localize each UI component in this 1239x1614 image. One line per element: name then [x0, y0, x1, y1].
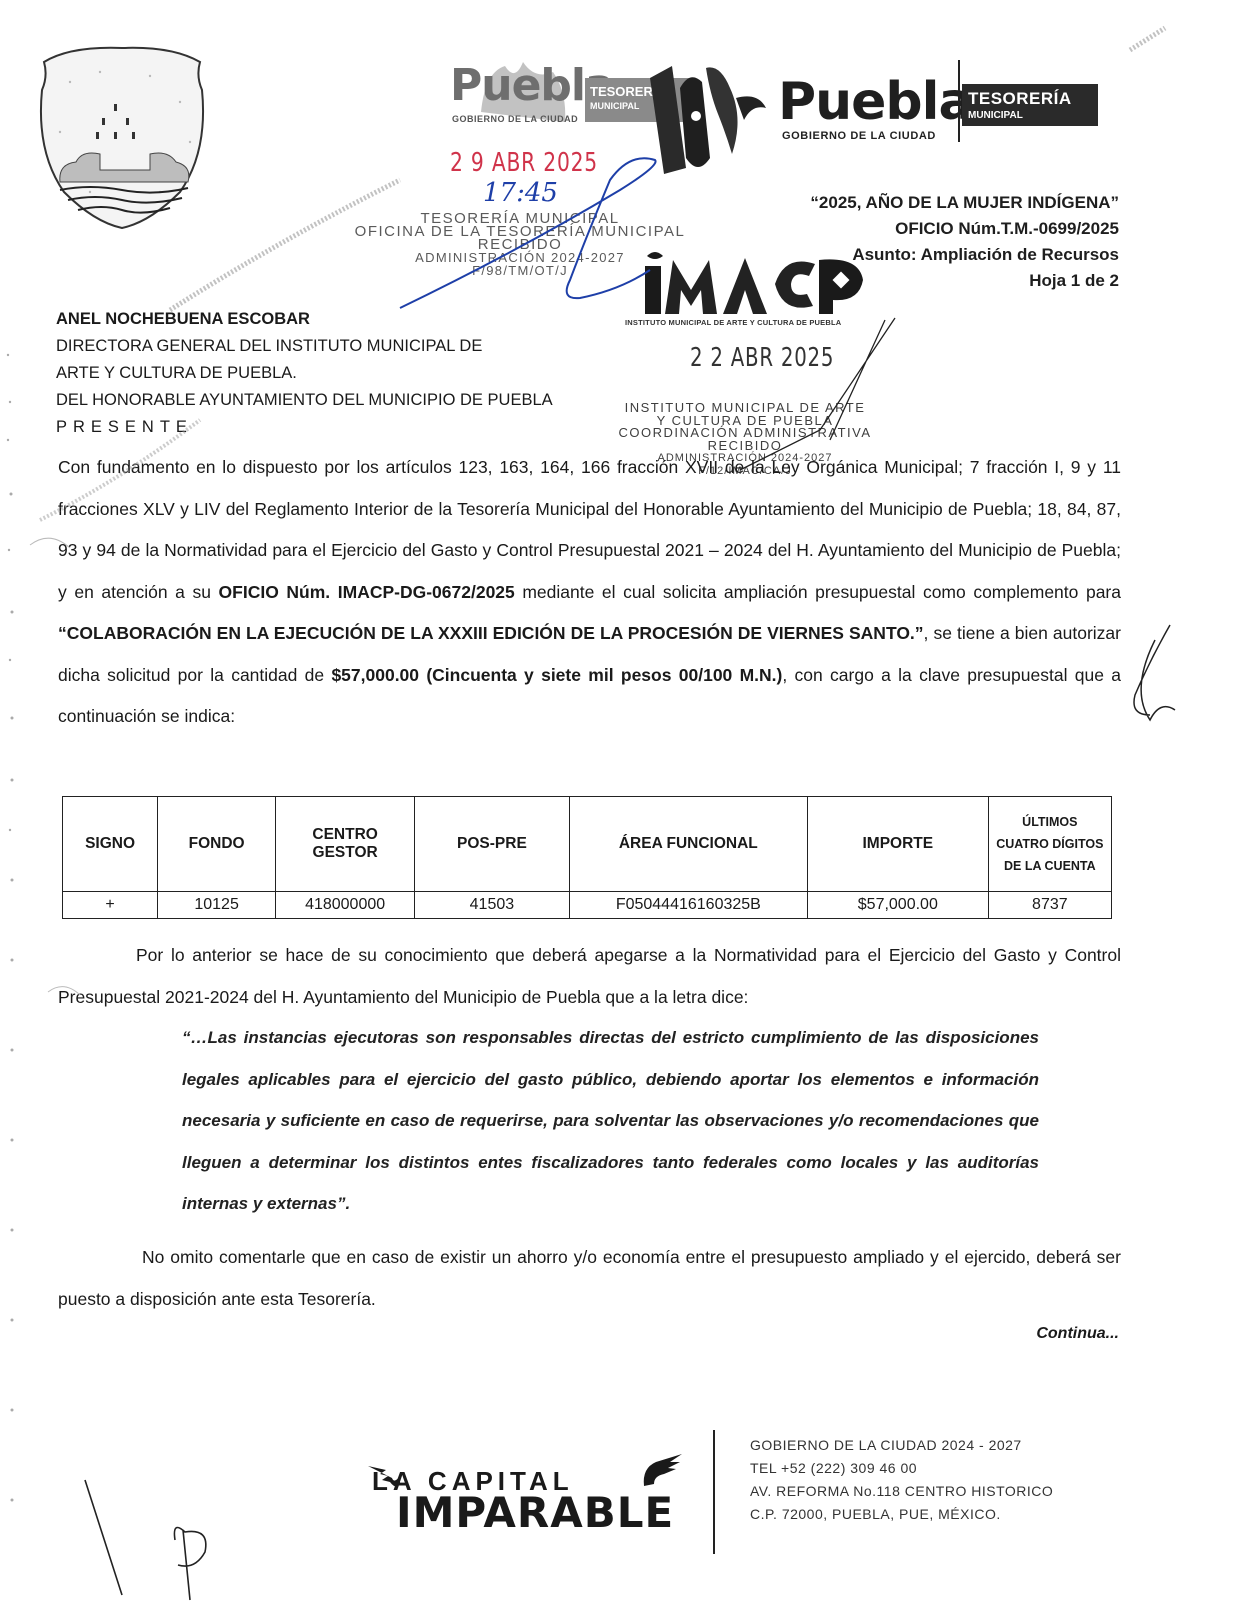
col-header-area-funcional: ÁREA FUNCIONAL	[569, 797, 807, 892]
corner-streak-icon	[1130, 28, 1165, 50]
cell-pos-pre: 41503	[415, 892, 570, 919]
slogan-bottom: IMPARABLE	[396, 1488, 674, 1537]
cell-ultimos-digitos: 8737	[988, 892, 1111, 919]
col-header-ultimos-digitos: ÚLTIMOS CUATRO DÍGITOS DE LA CUENTA	[988, 797, 1111, 892]
logo-divider	[958, 60, 960, 142]
scan-margin-marks	[7, 354, 14, 1502]
project-name: “COLABORACIÓN EN LA EJECUCIÓN DE LA XXXI…	[58, 623, 924, 643]
gobierno-ciudad-faded: GOBIERNO DE LA CIUDAD	[452, 114, 578, 124]
coat-of-arms-icon	[30, 42, 212, 232]
referenced-oficio: OFICIO Núm. IMACP-DG-0672/2025	[219, 582, 515, 602]
initial-signature-icon	[1134, 625, 1175, 720]
col-header-centro-gestor: CENTRO GESTOR	[276, 797, 415, 892]
footer-divider	[713, 1430, 715, 1554]
body-paragraph-3: No omito comentarle que en caso de exist…	[58, 1237, 1121, 1320]
cell-signo: +	[63, 892, 158, 919]
body-text: mediante el cual solicita ampliación pre…	[515, 582, 1121, 602]
received-stamp-time: 17:45	[483, 178, 558, 208]
received-stamp-date: 2 9 ABR 2025	[450, 148, 598, 178]
addressee-block: ANEL NOCHEBUENA ESCOBAR DIRECTORA GENERA…	[56, 306, 553, 441]
puebla-logo: Puebla	[778, 72, 973, 132]
oficio-number: OFICIO Núm.T.M.-0699/2025	[810, 216, 1119, 242]
addressee-title: DEL HONORABLE AYUNTAMIENTO DEL MUNICIPIO…	[56, 387, 553, 414]
contact-line: TEL +52 (222) 309 46 00	[750, 1457, 1053, 1480]
contact-line: AV. REFORMA No.118 CENTRO HISTORICO	[750, 1480, 1053, 1503]
cell-area-funcional: F05044416160325B	[569, 892, 807, 919]
bottom-initials-icon	[174, 1528, 205, 1601]
municipal-label: MUNICIPAL	[968, 110, 1023, 121]
wing-right-icon	[640, 1452, 684, 1488]
addressee-title: DIRECTORA GENERAL DEL INSTITUTO MUNICIPA…	[56, 333, 553, 360]
tesoreria-label: TESORERÍA	[968, 89, 1072, 109]
gobierno-ciudad-label: GOBIERNO DE LA CIUDAD	[782, 130, 936, 142]
table-header-row: SIGNO FONDO CENTRO GESTOR POS-PRE ÁREA F…	[63, 797, 1112, 892]
puebla-emblem-icon	[640, 58, 775, 178]
col-header-pos-pre: POS-PRE	[415, 797, 570, 892]
regulation-quote: “…Las instancias ejecutoras son responsa…	[182, 1017, 1039, 1225]
body-paragraph-1: Con fundamento en lo dispuesto por los a…	[58, 447, 1121, 738]
imacp-caption: INSTITUTO MUNICIPAL DE ARTE Y CULTURA DE…	[625, 318, 841, 327]
cell-centro-gestor: 418000000	[276, 892, 415, 919]
body-paragraph-2: Por lo anterior se hace de su conocimien…	[58, 935, 1121, 1018]
presente-label: PRESENTE	[56, 414, 553, 441]
bottom-initials-icon	[85, 1480, 122, 1595]
col-header-fondo: FONDO	[158, 797, 276, 892]
continues-label: Continua...	[1036, 1325, 1119, 1343]
municipal-label-faded: MUNICIPAL	[590, 101, 639, 111]
body-text: Con fundamento en lo dispuesto por los a…	[58, 457, 1121, 602]
addressee-title: ARTE Y CULTURA DE PUEBLA.	[56, 360, 553, 387]
col-header-importe: IMPORTE	[807, 797, 988, 892]
cell-fondo: 10125	[158, 892, 276, 919]
imacp-logo-icon	[645, 250, 870, 316]
table-row: + 10125 418000000 41503 F05044416160325B…	[63, 892, 1112, 919]
col-header-signo: SIGNO	[63, 797, 158, 892]
budget-key-table: SIGNO FONDO CENTRO GESTOR POS-PRE ÁREA F…	[62, 796, 1112, 919]
imacp-stamp-date: 2 2 ABR 2025	[690, 343, 834, 373]
addressee-name: ANEL NOCHEBUENA ESCOBAR	[56, 306, 553, 333]
cell-importe: $57,000.00	[807, 892, 988, 919]
footer-contact-info: GOBIERNO DE LA CIUDAD 2024 - 2027 TEL +5…	[750, 1434, 1053, 1526]
year-motto: “2025, AÑO DE LA MUJER INDÍGENA”	[810, 190, 1119, 216]
authorized-amount: $57,000.00 (Cincuenta y siete mil pesos …	[331, 665, 782, 685]
contact-line: C.P. 72000, PUEBLA, PUE, MÉXICO.	[750, 1503, 1053, 1526]
contact-line: GOBIERNO DE LA CIUDAD 2024 - 2027	[750, 1434, 1053, 1457]
